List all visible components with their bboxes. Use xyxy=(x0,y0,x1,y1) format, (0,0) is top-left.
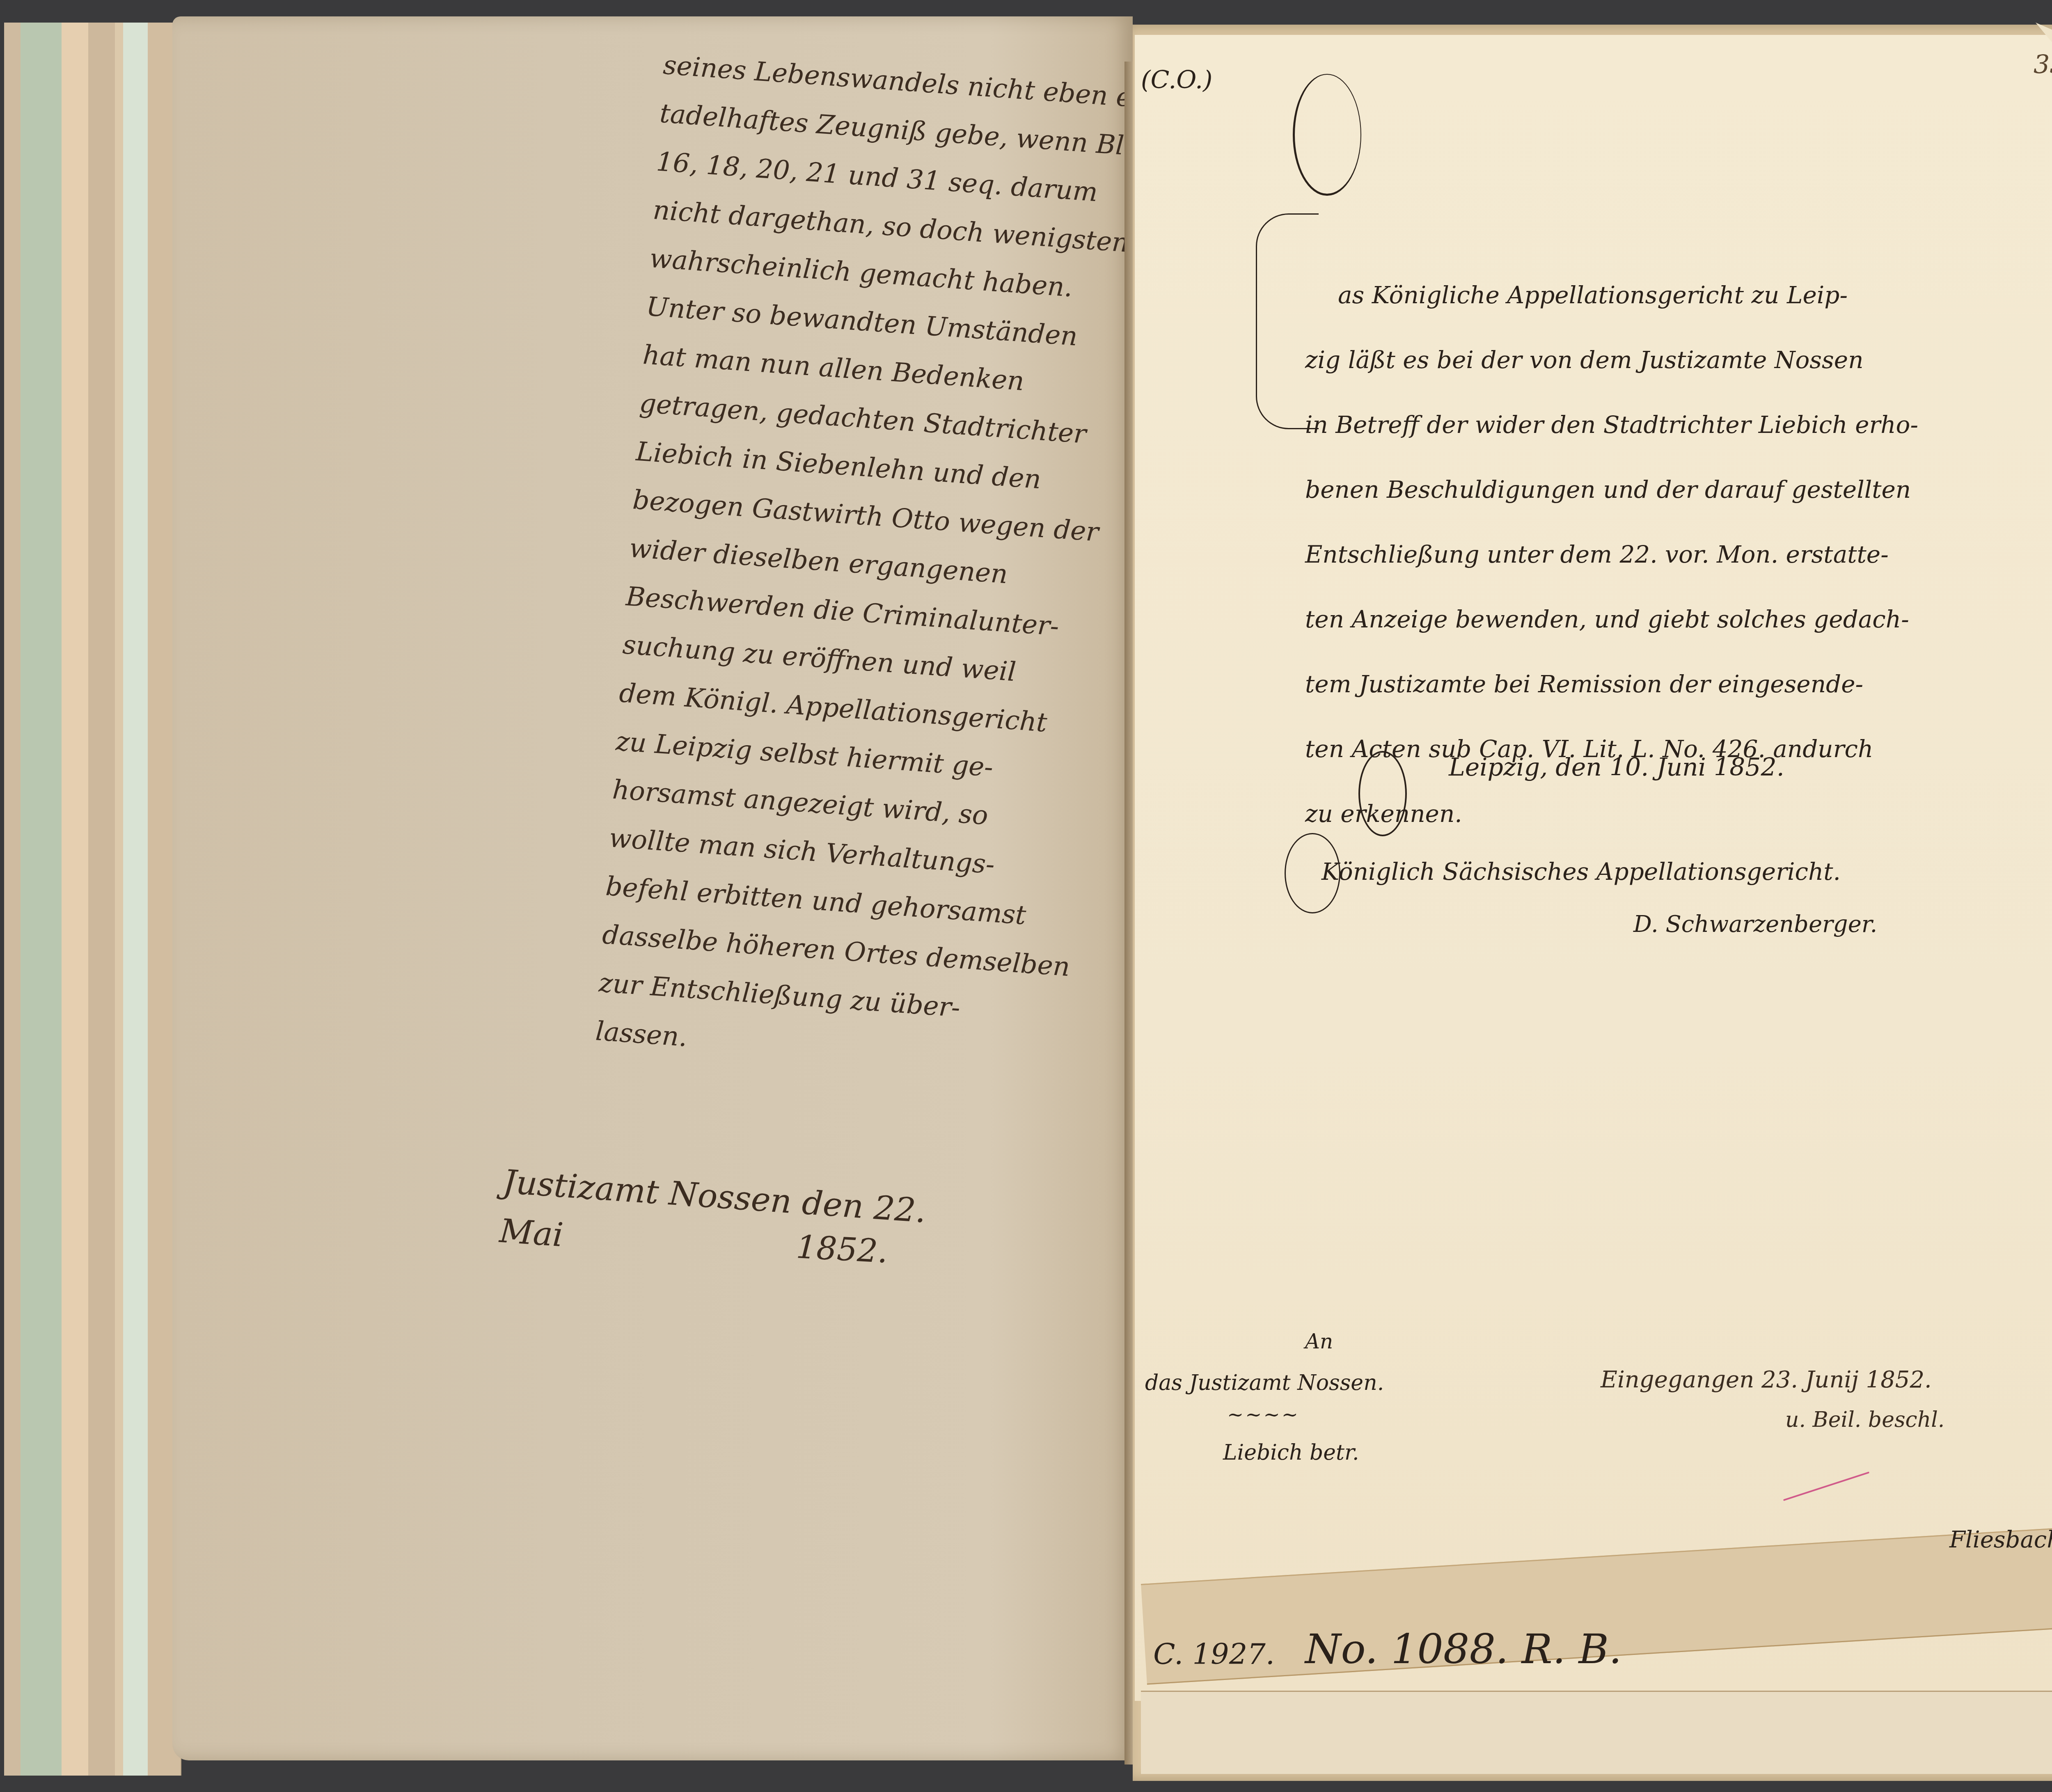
text-line: benen Beschuldigungen und der darauf ges… xyxy=(1305,457,2052,522)
text-line: Entschließung unter dem 22. vor. Mon. er… xyxy=(1305,522,2052,587)
issuing-court: Königlich Sächsisches Appellationsgerich… xyxy=(1321,858,1841,886)
page-edge xyxy=(62,23,91,1776)
text-line: tem Justizamte bei Remission der eingese… xyxy=(1305,652,2052,716)
top-left-note: (C.O.) xyxy=(1141,66,1212,94)
address-recipient: das Justizamt Nossen. xyxy=(1145,1371,1384,1395)
clerk-signature: Fliesbach. xyxy=(1949,1527,2052,1553)
signatory: D. Schwarzenberger. xyxy=(1633,911,1877,938)
text-line: as Königliche Appellationsgericht zu Lei… xyxy=(1305,263,2052,327)
text-line: zig läßt es bei der von dem Justizamte N… xyxy=(1305,327,2052,392)
registry-number: No. 1088. R. B. xyxy=(1305,1625,1622,1673)
decorative-initial-d xyxy=(1293,74,1361,196)
receipt-note-line2: u. Beil. beschl. xyxy=(1785,1408,1944,1432)
folio-number: 33 xyxy=(2034,49,2052,79)
c-reference: C. 1927. xyxy=(1153,1637,1275,1671)
page-edge-green xyxy=(21,23,64,1776)
address-subject: Liebich betr. xyxy=(1223,1440,1359,1465)
text-line: zu erkennen. xyxy=(1305,781,2052,846)
text-line: ten Anzeige bewenden, und giebt solches … xyxy=(1305,587,2052,652)
left-page-text: seines Lebenswandels nicht eben ein un- … xyxy=(594,41,1123,1087)
left-page: seines Lebenswandels nicht eben ein un- … xyxy=(172,16,1133,1760)
address-an: An xyxy=(1305,1330,1333,1353)
page-bottom-edge xyxy=(1141,1691,2052,1774)
decorative-initial-l xyxy=(1358,751,1407,836)
left-page-year: 1852. xyxy=(795,1229,889,1270)
text-line: in Betreff der wider den Stadtrichter Li… xyxy=(1305,392,2052,457)
page-edge xyxy=(88,23,118,1776)
place-date: Leipzig, den 10. Juni 1852. xyxy=(1449,753,1784,782)
address-separator: ~~~~ xyxy=(1227,1403,1300,1426)
receipt-note: Eingegangen 23. Junij 1852. xyxy=(1601,1366,1932,1393)
